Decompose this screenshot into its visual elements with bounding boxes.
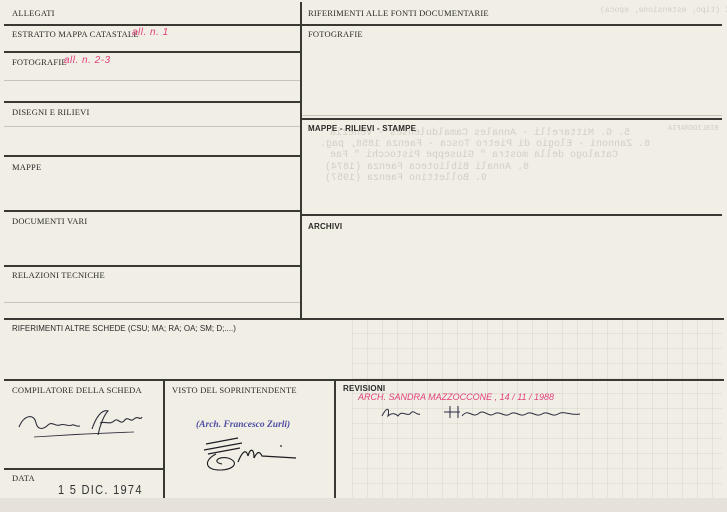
divider [302,118,722,120]
soprintendente-label: VISTO DEL SOPRINTENDENTE [172,385,297,395]
compilatore-label: COMPILATORE DELLA SCHEDA [12,385,142,395]
divider [4,318,724,320]
date-stamp: 1 5 DIC. 1974 [58,482,143,497]
bleed-through-line: 9. Bollettino Faenza (1957) [325,173,487,184]
catalog-form-page: 5. G. Mittarelli - Annales Camaldulenses… [0,0,727,512]
divider [4,51,300,53]
fotografie-label: FOTOGRAFIE [12,57,67,67]
guide-line [302,115,722,116]
divider [302,24,722,26]
mappe-label: MAPPE [12,162,41,172]
column-divider [300,2,302,318]
fotografie-handwritten: all. n. 2-3 [64,55,111,66]
guide-line [4,80,300,81]
mappe-rilievi-stampe-label: MAPPE - RILIEVI - STAMPE [308,124,416,133]
divider [4,265,300,267]
guide-line [4,126,300,127]
fonti-fotografie-label: FOTOGRAFIE [308,29,363,39]
footer-divider [334,380,336,498]
documenti-vari-label: DOCUMENTI VARI [12,216,87,226]
divider [4,379,724,381]
archivi-label: ARCHIVI [308,222,342,231]
divider [4,155,300,157]
allegati-header: ALLEGATI [12,8,55,18]
page-bottom-edge [0,498,727,512]
riferimenti-altre-schede-label: RIFERIMENTI ALTRE SCHEDE (CSU; MA; RA; O… [12,324,236,333]
revision-signature [380,402,610,424]
fonti-documentarie-header: RIFERIMENTI ALLE FONTI DOCUMENTARIE [308,8,489,18]
relazioni-tecniche-label: RELAZIONI TECNICHE [12,270,105,280]
divider [4,101,300,103]
data-label: DATA [12,473,35,483]
bleed-through-label: RESTAURI (tipo, estensione, epoca) [600,6,727,15]
divider [4,210,300,212]
divider [302,214,722,216]
disegni-rilievi-label: DISEGNI E RILIEVI [12,107,90,117]
superintendent-stamp: (Arch. Francesco Zurli) [196,420,290,430]
revision-note: ARCH. SANDRA MAZZOCCONE , 14 / 11 / 1988 [358,392,554,402]
estratto-mappa-label: ESTRATTO MAPPA CATASTALE [12,29,139,39]
compiler-signature [14,405,154,440]
estratto-mappa-handwritten: all. n. 1 [132,27,169,38]
bleed-through-label: BIBLIOGRAFIA [668,125,718,133]
bleed-through-line: 6. Zannoni - Elogio di Pietro Tosca - Fa… [320,139,650,150]
superintendent-signature [198,434,308,474]
divider [4,468,164,470]
divider [4,24,300,26]
bleed-through-line: 8. Annali Biblioteca Faenza (1874) [325,162,529,173]
bleed-through-line: Catalogo della mostra " Giuseppe Pistocc… [330,150,618,161]
footer-divider [163,380,165,498]
guide-line [4,302,300,303]
